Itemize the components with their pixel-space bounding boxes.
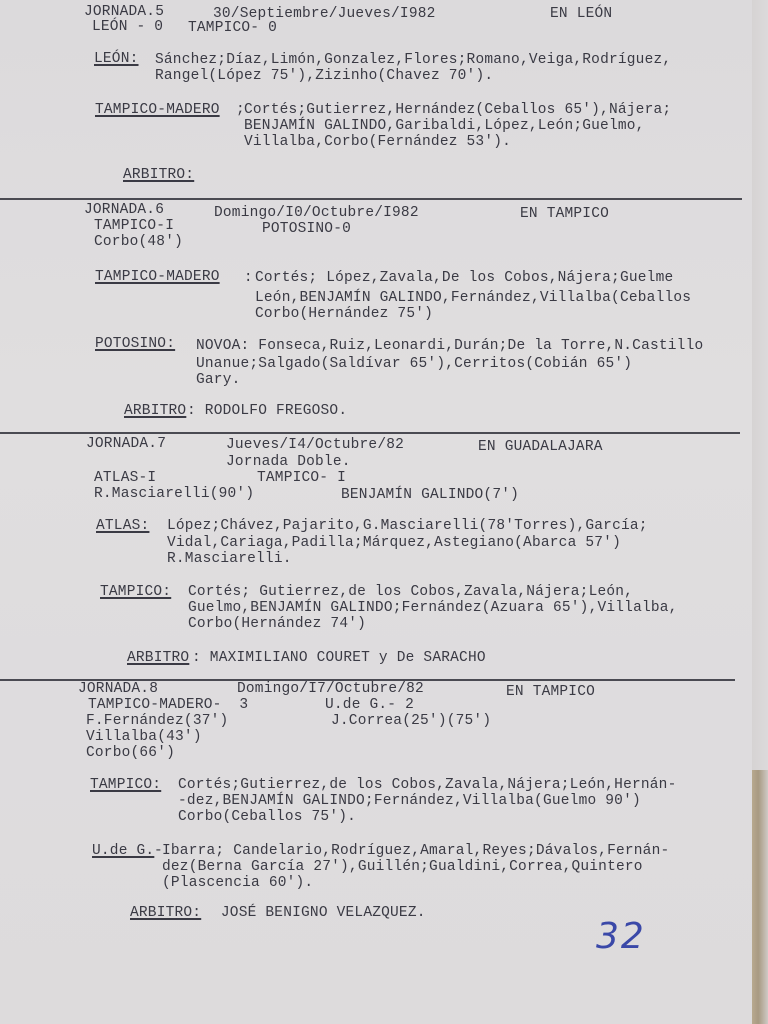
jornada-7-referee: : MAXIMILIANO COURET y De SARACHO xyxy=(192,650,486,666)
jornada-5-lineup-tampico-team: TAMPICO-MADERO xyxy=(95,102,220,118)
jornada-8-lineup-udeg-team: U.de G. xyxy=(92,843,154,859)
jornada-8-score-away: U.de G.- 2 xyxy=(325,697,414,713)
jornada-7-scorer-away-1: BENJAMÍN GALINDO(7′) xyxy=(341,487,519,503)
jornada-8-score-home: TAMPICO-MADERO- 3 xyxy=(88,697,248,713)
jornada-7-lineup-atlas-line-1: López;Chávez,Pajarito,G.Masciarelli(78′T… xyxy=(167,518,648,534)
jornada-6-lineup-potosino-line-1: NOVOA: Fonseca,Ruiz,Leonardi,Durán;De la… xyxy=(196,338,703,354)
jornada-5-lineup-tampico-line-2: BENJAMÍN GALINDO,Garibaldi,López,León;Gu… xyxy=(244,118,645,134)
jornada-6-lineup-potosino-line-3: Gary. xyxy=(196,372,241,388)
jornada-6-referee-label: ARBITRO xyxy=(124,403,186,419)
jornada-7-lineup-atlas-line-3: R.Masciarelli. xyxy=(167,551,292,567)
jornada-8-scorer-home-1: F.Fernández(37′) xyxy=(86,713,228,729)
jornada-7-score-home: ATLAS-I xyxy=(94,470,156,486)
jornada-8-lineup-tampico-line-3: Corbo(Ceballos 75′). xyxy=(178,809,356,825)
jornada-7-lineup-atlas-team: ATLAS: xyxy=(96,518,149,534)
jornada-5-score-away: TAMPICO- 0 xyxy=(188,20,277,36)
jornada-7-note: Jornada Doble. xyxy=(226,454,351,470)
jornada-8-date: Domingo/I7/Octubre/82 xyxy=(237,681,424,697)
jornada-7-lineup-tampico-line-1: Cortés; Gutierrez,de los Cobos,Zavala,Ná… xyxy=(188,584,633,600)
jornada-7-lineup-tampico-team: TAMPICO: xyxy=(100,584,171,600)
jornada-8-scorer-home-2: Villalba(43′) xyxy=(86,729,202,745)
jornada-8-header: JORNADA.8 xyxy=(78,681,158,697)
jornada-5-header: JORNADA.5 xyxy=(84,4,164,20)
jornada-6-lineup-tampico-line-2: León,BENJAMÍN GALINDO,Fernández,Villalba… xyxy=(255,290,691,306)
jornada-5-lineup-leon-line-2: Rangel(López 75′),Zizinho(Chavez 70′). xyxy=(155,68,493,84)
jornada-6-lineup-tampico-team: TAMPICO-MADERO xyxy=(95,269,220,285)
page-edge-light xyxy=(752,0,768,770)
jornada-6-lineup-potosino-team: POTOSINO: xyxy=(95,336,175,352)
jornada-8-referee: JOSÉ BENIGNO VELAZQUEZ. xyxy=(212,905,426,921)
jornada-5-venue: EN LEÓN xyxy=(550,6,612,22)
jornada-5-lineup-leon-team: LEÓN: xyxy=(94,51,139,67)
jornada-6-score-home: TAMPICO-I xyxy=(94,218,174,234)
jornada-8-venue: EN TAMPICO xyxy=(506,684,595,700)
jornada-5-lineup-tampico-line-3: Villalba,Corbo(Fernández 53′). xyxy=(244,134,511,150)
jornada-5-lineup-tampico-line-1: Cortés;Gutierrez,Hernández(Ceballos 65′)… xyxy=(244,102,671,118)
jornada-8-lineup-tampico-line-1: Cortés;Gutierrez,de los Cobos,Zavala,Náj… xyxy=(178,777,676,793)
jornada-8-lineup-udeg-line-3: (Plascencia 60′). xyxy=(162,875,313,891)
jornada-5-score-home: LEÓN - 0 xyxy=(92,19,163,35)
jornada-8-lineup-udeg-line-2: dez(Berna García 27′),Guillén;Gualdini,C… xyxy=(162,859,643,875)
jornada-8-lineup-udeg-line-1: Ibarra; Candelario,Rodríguez,Amaral,Reye… xyxy=(162,843,669,859)
jornada-6-lineup-tampico-sep: : xyxy=(235,270,253,286)
jornada-7-lineup-tampico-line-3: Corbo(Hernández 74′) xyxy=(188,616,366,632)
jornada-8-referee-label: ARBITRO: xyxy=(130,905,201,921)
jornada-7-venue: EN GUADALAJARA xyxy=(478,439,603,455)
jornada-8-lineup-tampico-line-2: -dez,BENJAMÍN GALINDO;Fernández,Villalba… xyxy=(178,793,641,809)
jornada-5-lineup-leon-line-1: Sánchez;Díaz,Limón,Gonzalez,Flores;Roman… xyxy=(155,52,671,68)
section-divider xyxy=(0,432,740,434)
jornada-6-header: JORNADA.6 xyxy=(84,202,164,218)
document-page: JORNADA.5 30/Septiembre/Jueves/I982 EN L… xyxy=(0,0,752,1024)
handwritten-page-number: 32 xyxy=(596,916,646,957)
jornada-7-lineup-tampico-line-2: Guelmo,BENJAMÍN GALINDO;Fernández(Azuara… xyxy=(188,600,678,616)
section-divider xyxy=(0,198,742,200)
jornada-7-lineup-atlas-line-2: Vidal,Cariaga,Padilla;Márquez,Astegiano(… xyxy=(167,535,621,551)
jornada-6-venue: EN TAMPICO xyxy=(520,206,609,222)
jornada-6-scorer-home-1: Corbo(48′) xyxy=(94,234,183,250)
jornada-6-score-away: POTOSINO-0 xyxy=(262,221,351,237)
jornada-6-lineup-tampico-line-3: Corbo(Hernández 75′) xyxy=(255,306,433,322)
jornada-8-scorer-home-3: Corbo(66′) xyxy=(86,745,175,761)
jornada-6-referee: : RODOLFO FREGOSO. xyxy=(187,403,347,419)
jornada-6-date: Domingo/I0/Octubre/I982 xyxy=(214,205,419,221)
jornada-7-referee-label: ARBITRO xyxy=(127,650,189,666)
jornada-8-lineup-tampico-team: TAMPICO: xyxy=(90,777,161,793)
jornada-5-referee-label: ARBITRO: xyxy=(123,167,194,183)
jornada-7-scorer-home-1: R.Masciarelli(90′) xyxy=(94,486,254,502)
jornada-6-lineup-potosino-line-2: Unanue;Salgado(Saldívar 65′),Cerritos(Co… xyxy=(196,356,632,372)
jornada-8-scorer-away-1: J.Correa(25′)(75′) xyxy=(331,713,491,729)
jornada-7-date: Jueves/I4/Octubre/82 xyxy=(226,437,404,453)
jornada-7-header: JORNADA.7 xyxy=(86,436,166,452)
jornada-6-lineup-tampico-line-1: Cortés; López,Zavala,De los Cobos,Nájera… xyxy=(255,270,673,286)
jornada-7-score-away: TAMPICO- I xyxy=(257,470,346,486)
